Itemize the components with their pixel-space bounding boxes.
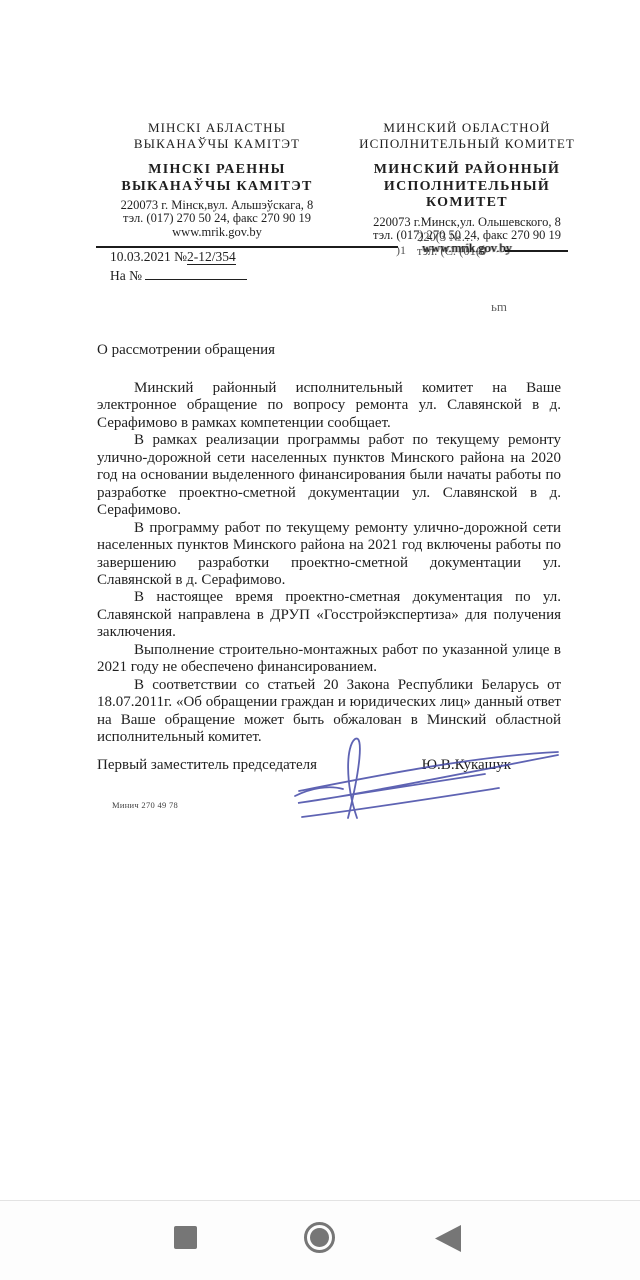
scan-artifact: ьm: [491, 299, 507, 315]
android-navbar: [0, 1201, 640, 1280]
recents-square-icon: [174, 1226, 197, 1249]
org-parent-line2: ИСПОЛНИТЕЛЬНЫЙ КОМИТЕТ: [346, 136, 588, 152]
letter-subject: О рассмотрении обращения: [97, 342, 275, 359]
paragraph: В рамках реализации программы работ по т…: [97, 432, 561, 519]
org-name-line2: ВЫКАНАЎЧЫ КАМІТЭТ: [88, 179, 346, 196]
org-parent-line1: МІНСКІ АБЛАСТНЫ: [88, 120, 346, 136]
reference-block: 10.03.2021 №2-12/354 На №: [110, 249, 247, 284]
signer-position: Первый заместитель председателя: [97, 757, 317, 773]
recents-button[interactable]: [174, 1226, 197, 1249]
stamp-artifact-line2: тэл. (С. (01(0: [417, 245, 577, 259]
stamp-artifact: 220(3 №… тэл. (С. (01(0: [417, 231, 577, 258]
phone-screen: МІНСКІ АБЛАСТНЫ ВЫКАНАЎЧЫ КАМІТЭТ МІНСКІ…: [0, 0, 640, 1280]
handwritten-signature: [285, 728, 575, 838]
stamp-artifact-line1: 220(3 №…: [417, 231, 577, 245]
incoming-ref-label: На №: [110, 268, 142, 283]
paragraph: В программу работ по текущему ремонту ул…: [97, 520, 561, 590]
home-button[interactable]: [304, 1222, 335, 1253]
org-name-line2: ИСПОЛНИТЕЛЬНЫЙ КОМИТЕТ: [346, 179, 588, 212]
org-name-line1: МИНСКИЙ РАЙОННЫЙ: [346, 162, 588, 179]
org-address: 220073 г.Минск,ул. Ольшевского, 8: [346, 216, 588, 229]
incoming-ref-blank: [145, 266, 247, 280]
incoming-ref-line: На №: [110, 266, 247, 285]
back-triangle-icon: [435, 1225, 461, 1252]
org-parent-line1: МИНСКИЙ ОБЛАСТНОЙ: [346, 120, 588, 136]
outgoing-number: 2-12/354: [187, 249, 236, 265]
back-button[interactable]: [435, 1225, 461, 1252]
executor-note: Минич 270 49 78: [112, 800, 178, 810]
letterhead-belarusian: МІНСКІ АБЛАСТНЫ ВЫКАНАЎЧЫ КАМІТЭТ МІНСКІ…: [88, 120, 346, 239]
org-parent-line2: ВЫКАНАЎЧЫ КАМІТЭТ: [88, 136, 346, 152]
paragraph: Минский районный исполнительный комитет …: [97, 380, 561, 432]
outgoing-date: 10.03.2021 №: [110, 249, 187, 264]
outgoing-ref-line: 10.03.2021 №2-12/354: [110, 249, 247, 266]
home-circle-inner-icon: [310, 1228, 329, 1247]
stamp-artifact-fragment: )1: [396, 243, 406, 258]
org-phone: тэл. (017) 270 50 24, факс 270 90 19: [88, 212, 346, 225]
letterhead-rule-left: [96, 246, 398, 248]
paragraph: Выполнение строительно-монтажных работ п…: [97, 642, 561, 677]
paragraph: В настоящее время проектно-сметная докум…: [97, 589, 561, 641]
org-website: www.mrik.gov.by: [88, 226, 346, 239]
org-address: 220073 г. Мінск,вул. Альшэўскага, 8: [88, 199, 346, 212]
org-name-line1: МІНСКІ РАЕННЫ: [88, 162, 346, 179]
letter-body: Минский районный исполнительный комитет …: [97, 380, 561, 747]
